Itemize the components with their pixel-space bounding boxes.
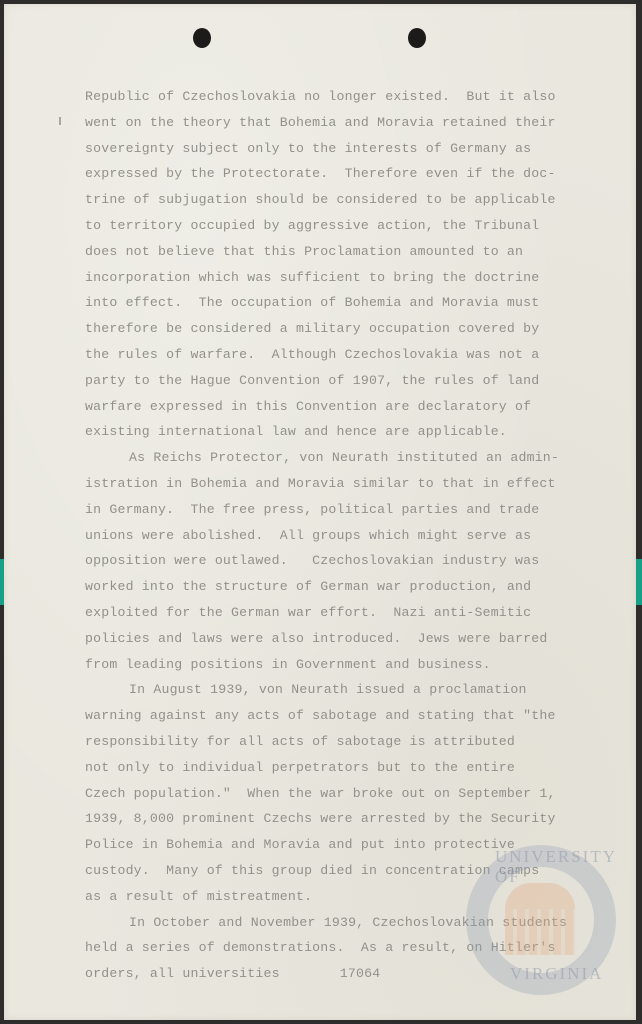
text-line: trine of subjugation should be considere… xyxy=(85,187,555,213)
text-line: Czech population." When the war broke ou… xyxy=(85,781,555,807)
text-fragment: orders, all universities xyxy=(85,966,280,981)
text-line: exploited for the German war effort. Naz… xyxy=(85,600,555,626)
text-line: warfare expressed in this Convention are… xyxy=(85,394,555,420)
text-line: existing international law and hence are… xyxy=(85,419,555,445)
rotunda-columns-icon xyxy=(505,909,575,955)
punch-hole-right xyxy=(408,28,426,48)
text-line: went on the theory that Bohemia and Mora… xyxy=(85,110,555,136)
text-line: istration in Bohemia and Moravia similar… xyxy=(85,471,555,497)
text-line: incorporation which was sufficient to br… xyxy=(85,265,555,291)
text-line: warning against any acts of sabotage and… xyxy=(85,703,555,729)
text-line: policies and laws were also introduced. … xyxy=(85,626,555,652)
paragraph-start-line: In August 1939, von Neurath issued a pro… xyxy=(85,677,555,703)
text-line: unions were abolished. All groups which … xyxy=(85,523,555,549)
text-line: to territory occupied by aggressive acti… xyxy=(85,213,555,239)
text-line: expressed by the Protectorate. Therefore… xyxy=(85,161,555,187)
text-line: sovereignty subject only to the interest… xyxy=(85,136,555,162)
punch-hole-left xyxy=(193,28,211,48)
text-line: does not believe that this Proclamation … xyxy=(85,239,555,265)
text-line: responsibility for all acts of sabotage … xyxy=(85,729,555,755)
teal-edge-band-right xyxy=(636,559,642,605)
text-line: in Germany. The free press, political pa… xyxy=(85,497,555,523)
seal-text-top: UNIVERSITY OF xyxy=(495,847,642,887)
text-line: 1939, 8,000 prominent Czechs were arrest… xyxy=(85,806,555,832)
seal-text-bottom: VIRGINIA xyxy=(510,964,603,984)
typewritten-body: Republic of Czechoslovakia no longer exi… xyxy=(85,84,555,987)
paragraph-start-line: As Reichs Protector, von Neurath institu… xyxy=(85,445,555,471)
text-line: the rules of warfare. Although Czechoslo… xyxy=(85,342,555,368)
text-line: worked into the structure of German war … xyxy=(85,574,555,600)
text-line: Police in Bohemia and Moravia and put in… xyxy=(85,832,555,858)
text-line: opposition were outlawed. Czechoslovakia… xyxy=(85,548,555,574)
text-line: party to the Hague Convention of 1907, t… xyxy=(85,368,555,394)
margin-mark xyxy=(59,117,61,125)
text-line: from leading positions in Government and… xyxy=(85,652,555,678)
text-line: into effect. The occupation of Bohemia a… xyxy=(85,290,555,316)
page-number: 17064 xyxy=(340,966,381,981)
text-line: therefore be considered a military occup… xyxy=(85,316,555,342)
text-line: not only to individual perpetrators but … xyxy=(85,755,555,781)
text-line: Republic of Czechoslovakia no longer exi… xyxy=(85,84,555,110)
